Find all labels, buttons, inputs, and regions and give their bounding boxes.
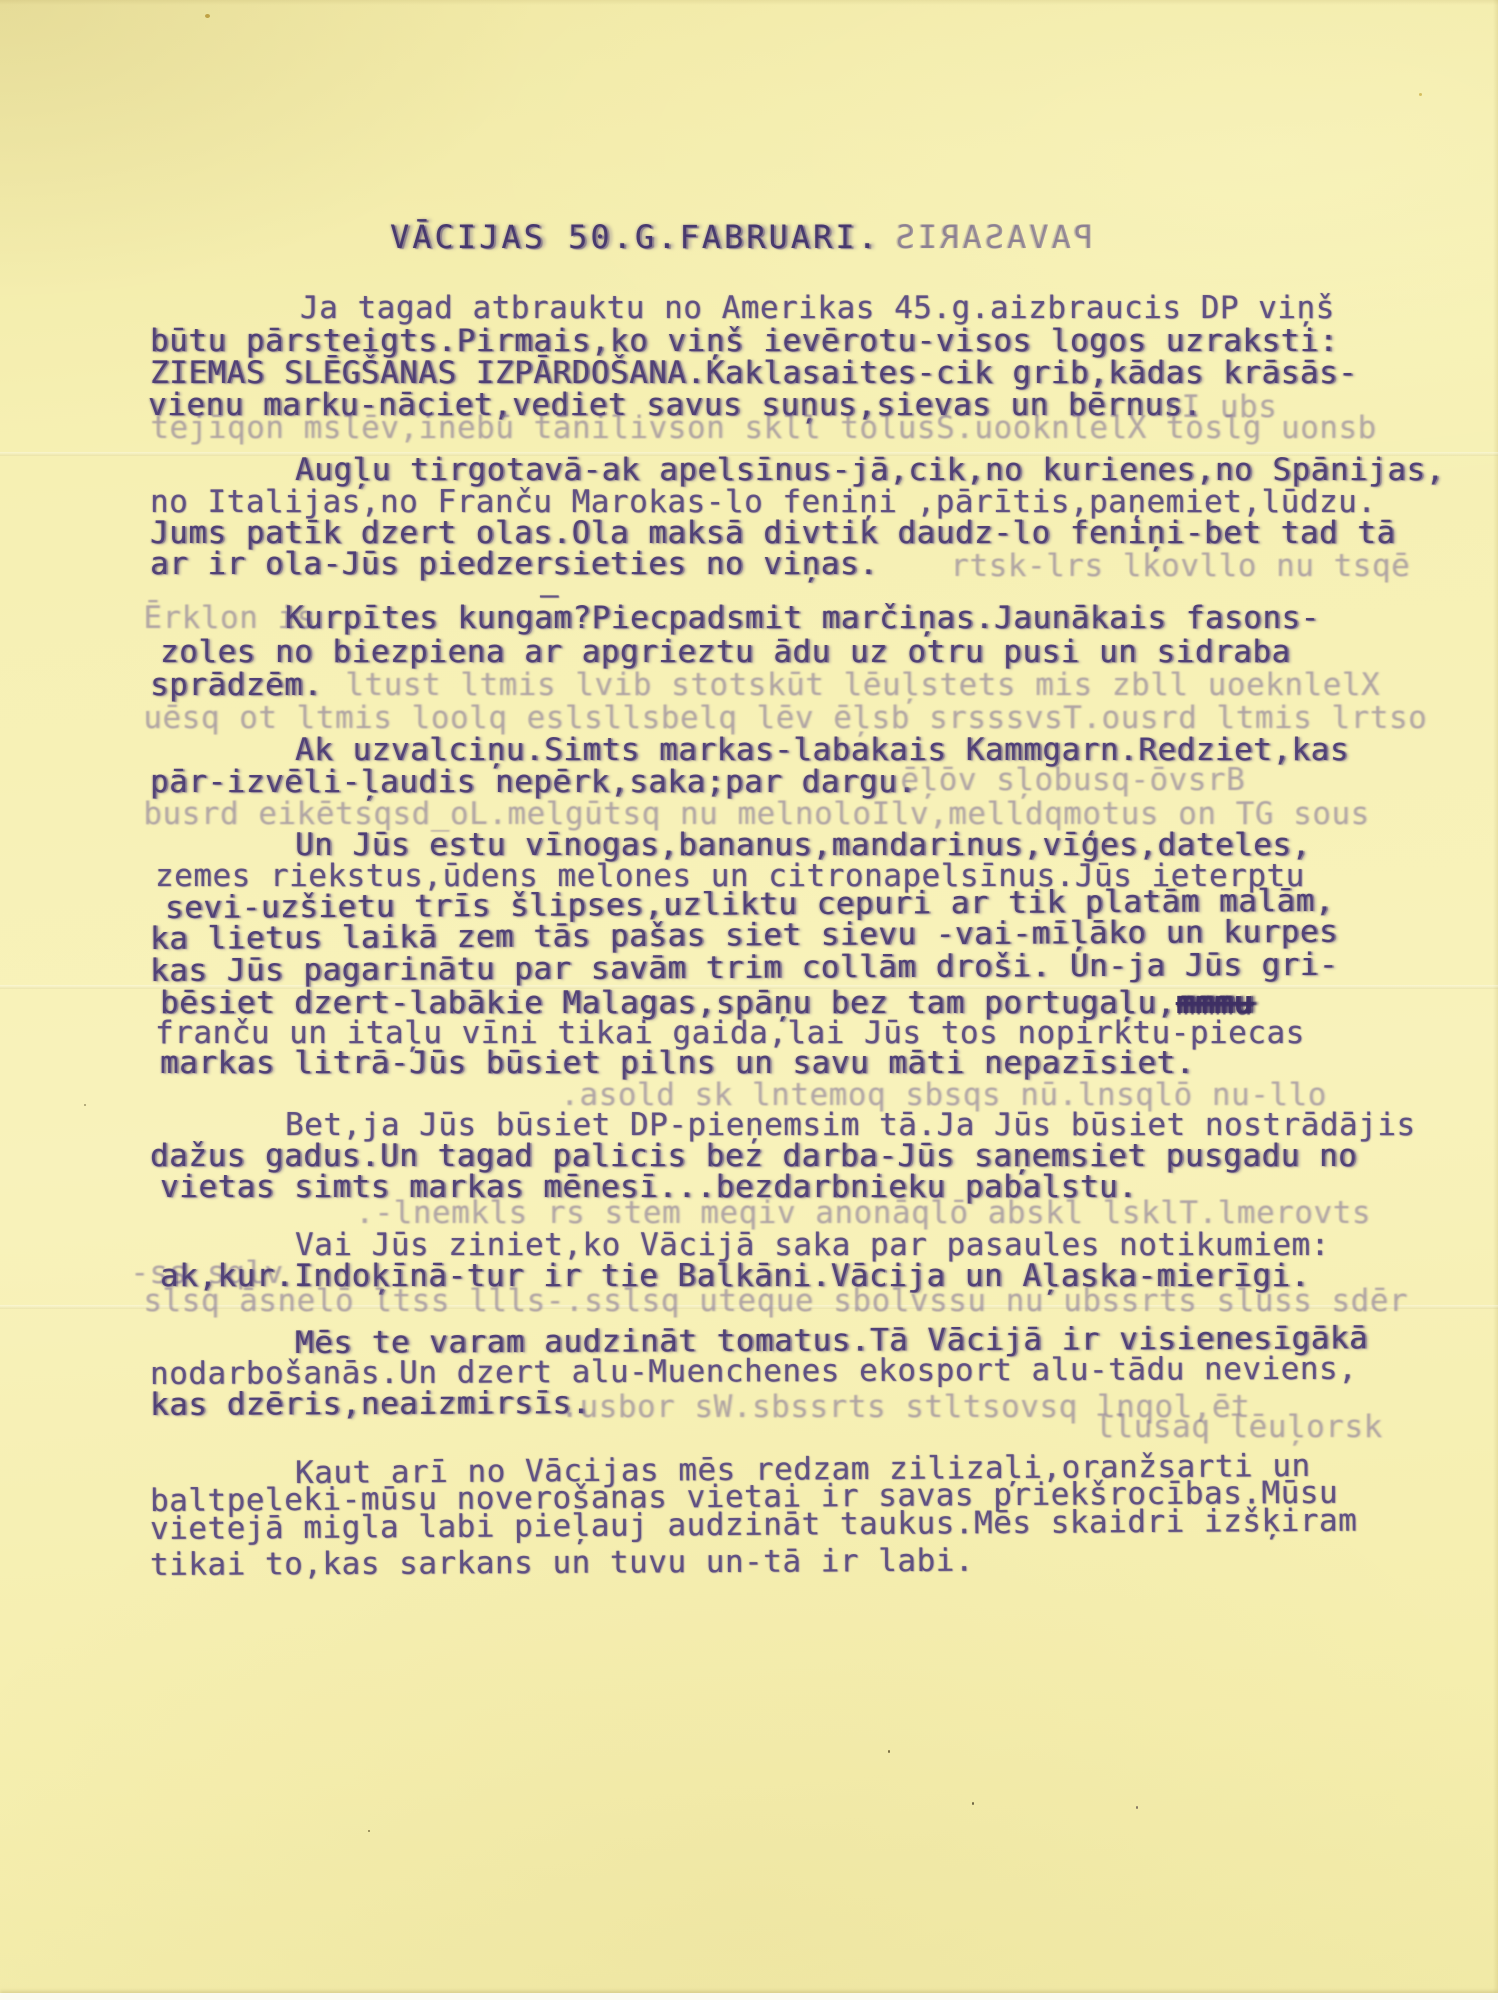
document-page: { "doc": { "title": "VĀCIJAS 50.G.FABRUA… — [0, 0, 1498, 2000]
text-line: Ja tagad atbrauktu no Amerikas 45.g.aizb… — [300, 293, 1335, 324]
text-line: kas dzēris,neaizmirsīs. — [150, 1388, 591, 1421]
text-line: no Italijas,no Franču Marokas-lo feniņi … — [150, 487, 1376, 518]
text-line: Un Jūs estu vīnogas,bananus,mandarinus,v… — [295, 830, 1311, 861]
typewritten-page: VĀCIJAS 50.G.FABRUARI. PAVASARIS Ja taga… — [0, 0, 1498, 2000]
text-line: dažus gadus.Un tagad palicis bez darba-J… — [150, 1141, 1357, 1172]
text-line: markas litrā-Jūs būsiet pilns un savu mā… — [160, 1048, 1195, 1079]
text-line: tikai to,kas sarkans un tuvu un-tā ir la… — [150, 1546, 974, 1581]
text-line: sprādzēm. — [150, 670, 322, 701]
paper-bottom-edge — [0, 1993, 1498, 2000]
text-line: pār-izvēli-ļaudis nepērk,saka;par dargu. — [150, 767, 917, 798]
page-title: VĀCIJAS 50.G.FABRUARI. — [390, 222, 880, 253]
ghost-line: ēļōv sļobusq-ōvsrB — [900, 765, 1245, 796]
ghost-line: tejīqon mslēv,inebū tānilivson skll tolu… — [150, 413, 1376, 444]
paper-speck — [888, 1750, 890, 1753]
text-line: nodarbošanās.Un dzert alu-Muenchenes eko… — [150, 1354, 1357, 1390]
paper-speck — [1136, 1806, 1138, 1809]
ghost-line: llusaq lēuļorsk — [1095, 1412, 1382, 1443]
text-line: Jums patīk dzert olas.Ola maksā divtik d… — [150, 518, 1396, 549]
text-line: vietejā migla labi pieļauj audzināt tauk… — [150, 1506, 1357, 1545]
paper-right-edge — [1493, 0, 1498, 2000]
paper-speck — [368, 1830, 370, 1832]
text-line: Vai Jūs ziniet,ko Vācijā saka par pasaul… — [295, 1230, 1330, 1261]
text-line: ar ir ola-Jūs piedzersieties no viņas. — [150, 549, 878, 580]
paper-speck — [1419, 93, 1422, 96]
text-line: Augļu tirgotavā-ak apelsīnus-jā,cik,no k… — [295, 455, 1445, 486]
text-line: Bet,ja Jūs būsiet DP-pieņemsim tā.Ja Jūs… — [285, 1110, 1416, 1141]
ghost-line: .-lnemkls rs stem meqiv anonāqlō abskl l… — [355, 1198, 1371, 1229]
paper-top-edge — [0, 0, 1498, 5]
ghost-line: uēsq ot ltmis loolq eslsllsbelq lēv ēļsb… — [143, 703, 1427, 734]
paper-speck — [972, 1802, 974, 1805]
ghost-title-offset-print: PAVASARIS — [893, 222, 1093, 253]
ghost-line: busrd eikētsqsd_oL.melgūtsq nu melnoloIl… — [143, 799, 1369, 830]
text-line: kas Jūs pagarinātu par savām trim collām… — [150, 950, 1338, 987]
text-line: ZIEMAS SLĒGŠANAS IZPĀRDOŠANA.Kaklasaites… — [150, 358, 1357, 389]
text-line: būtu pārsteigts.Pirmais,ko viņš ievērotu… — [150, 326, 1338, 357]
paper-speck — [84, 1104, 86, 1106]
ghost-line: slsq āsnelō ltss llls-.sslsq uteque sbol… — [143, 1286, 1408, 1317]
text-line: Kurpītes kungam?Piecpadsmit marčiņas.Jau… — [285, 603, 1320, 634]
text-line: zoles no biezpiena ar apgrieztu ādu uz o… — [160, 637, 1291, 668]
paper-speck — [205, 14, 210, 18]
ghost-line: rtsk-lrs lkovllo nu tsqē — [950, 551, 1410, 582]
ghost-line: ltust ltmis lvib stotskūt lēuļstets mis … — [345, 670, 1380, 701]
